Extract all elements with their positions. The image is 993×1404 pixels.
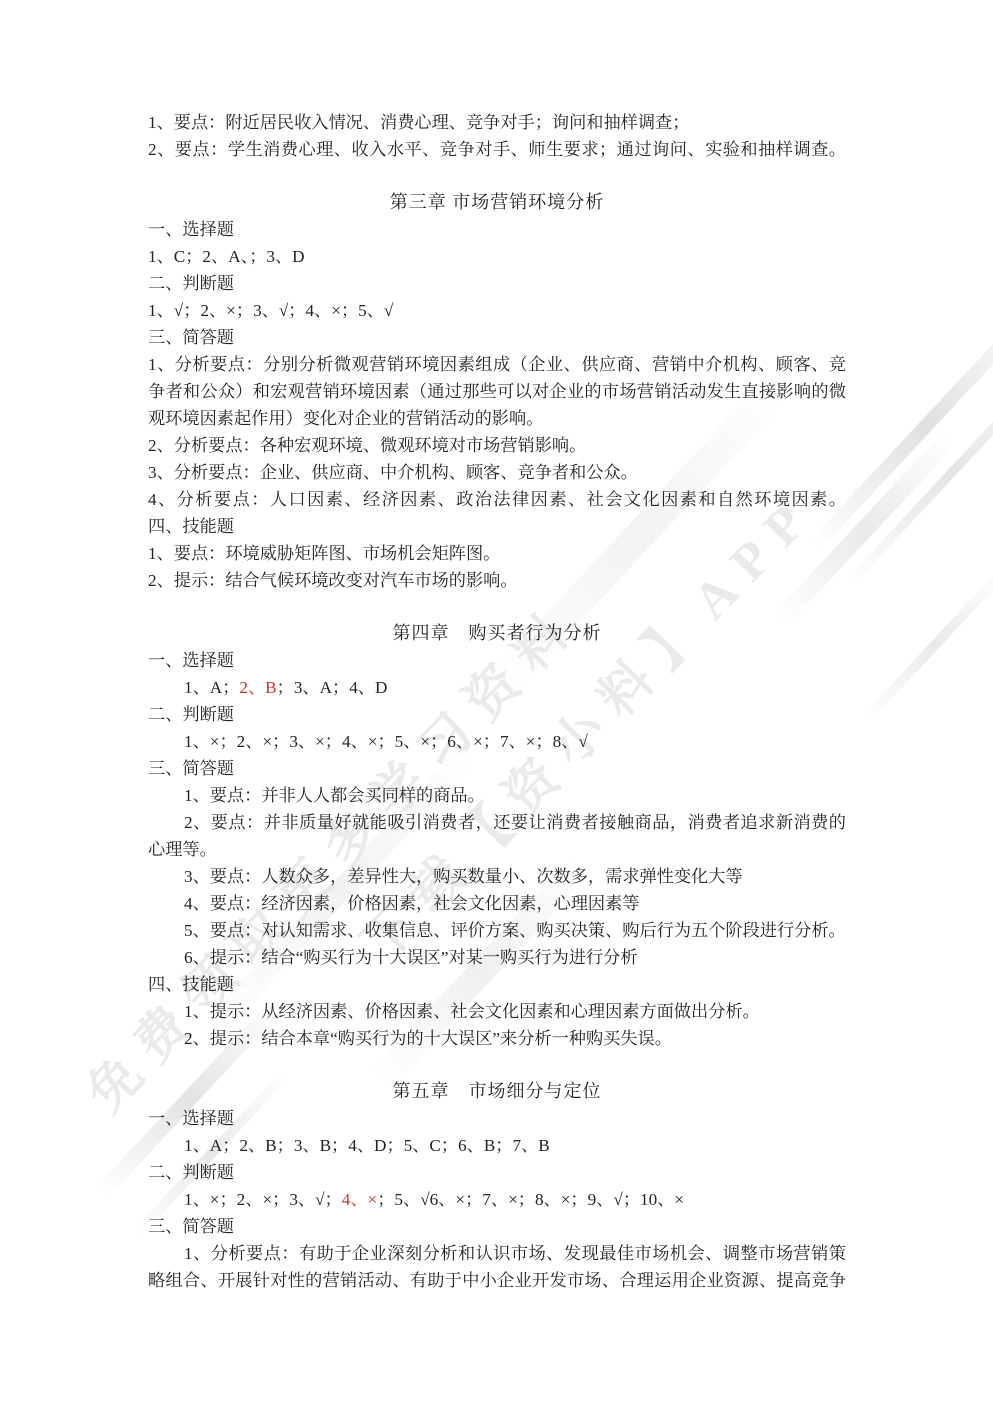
intro-answer-line-2: 2、要点：学生消费心理、收入水平、竞争对手、师生要求；通过询问、实验和抽样调查。 [148,136,846,163]
ch3-skill-answer-2: 2、提示：结合气候环境改变对汽车市场的影响。 [148,567,846,594]
ch4-skill-answer-1: 1、提示：从经济因素、价格因素、社会文化因素和心理因素方面做出分析。 [148,998,846,1025]
ch4-section-short-label: 三、简答题 [148,755,846,782]
ch4-short-answer-2: 2、要点：并非质量好就能吸引消费者，还要让消费者接触商品，消费者追求新消费的 [148,809,846,836]
ch4-skill-answer-2: 2、提示：结合本章“购买行为的十大误区”来分析一种购买失误。 [148,1025,846,1052]
brush-streak [863,568,993,721]
ch4-choice-answers: 1、A；2、B；3、A；4、D [148,674,846,701]
ch3-short-answer-1: 1、分析要点：分别分析微观营销环境因素组成（企业、供应商、营销中介机构、顾客、竞 [148,351,846,378]
ch4-short-answer-2-cont: 心理等。 [148,836,846,863]
ch3-short-answer-2: 2、分析要点：各种宏观环境、微观环境对市场营销影响。 [148,432,846,459]
chapter5-heading: 第五章 市场细分与定位 [148,1078,846,1105]
ch4-short-answer-1: 1、要点：并非人人都会买同样的商品。 [148,782,846,809]
brush-streak [844,362,993,588]
ch4-choice-red-answer: 2、B [239,678,276,697]
ch4-choice-pre: 1、A； [184,678,239,697]
ch3-section-skill-label: 四、技能题 [148,513,846,540]
ch3-choice-answers: 1、C；2、A、；3、D [148,243,846,270]
ch3-short-answer-3: 3、分析要点：企业、供应商、中介机构、顾客、竞争者和公众。 [148,459,846,486]
document-page: 免费领取更多学习资料 下载【资小料】APP 1、要点：附近居民收入情况、消费心理… [0,0,993,1404]
ch4-short-answer-4: 4、要点：经济因素，价格因素，社会文化因素，心理因素等 [148,890,846,917]
ch5-short-answer-1: 1、分析要点：有助于企业深刻分析和认识市场、发现最佳市场机会、调整市场营销策 [148,1240,846,1267]
ch3-section-judge-label: 二、判断题 [148,270,846,297]
ch5-choice-answers: 1、A；2、B；3、B；4、D；5、C；6、B；7、B [148,1132,846,1159]
ch5-judge-pre: 1、×；2、×；3、√； [184,1190,342,1209]
ch4-section-choice-label: 一、选择题 [148,647,846,674]
ch3-short-answer-1-cont: 争者和公众）和宏观营销环境因素（通过那些可以对企业的市场营销活动发生直接影响的微 [148,378,846,405]
ch4-choice-post: ；3、A；4、D [277,678,388,697]
ch4-short-answer-3: 3、要点：人数众多，差异性大，购买数量小、次数多，需求弹性变化大等 [148,863,846,890]
ch5-section-judge-label: 二、判断题 [148,1159,846,1186]
ch3-skill-answer-1: 1、要点：环境威胁矩阵图、市场机会矩阵图。 [148,540,846,567]
ch3-short-answer-4: 4、分析要点：人口因素、经济因素、政治法律因素、社会文化因素和自然环境因素。 [148,486,846,513]
ch3-section-short-label: 三、简答题 [148,324,846,351]
content-column: 1、要点：附近居民收入情况、消费心理、竞争对手；询问和抽样调查； 2、要点：学生… [148,109,846,1294]
ch4-section-skill-label: 四、技能题 [148,971,846,998]
ch5-short-answer-1-cont: 略组合、开展针对性的营销活动、有助于中小企业开发市场、合理运用企业资源、提高竞争 [148,1267,846,1294]
ch5-judge-post: ；5、√6、×；7、×；8、×；9、√；10、× [377,1190,684,1209]
ch4-section-judge-label: 二、判断题 [148,701,846,728]
ch3-judge-answers: 1、√；2、×；3、√；4、×；5、√ [148,297,846,324]
chapter3-heading: 第三章 市场营销环境分析 [148,189,846,216]
ch5-section-short-label: 三、简答题 [148,1213,846,1240]
ch4-short-answer-6: 6、提示：结合“购买行为十大误区”对某一购买行为进行分析 [148,944,846,971]
chapter4-heading: 第四章 购买者行为分析 [148,620,846,647]
ch5-judge-answers: 1、×；2、×；3、√；4、×；5、√6、×；7、×；8、×；9、√；10、× [148,1186,846,1213]
intro-answer-line-1: 1、要点：附近居民收入情况、消费心理、竞争对手；询问和抽样调查； [148,109,846,136]
ch4-judge-answers: 1、×；2、×；3、×；4、×；5、×；6、×；7、×；8、√ [148,728,846,755]
ch4-short-answer-5: 5、要点：对认知需求、收集信息、评价方案、购买决策、购后行为五个阶段进行分析。 [148,917,846,944]
ch5-judge-red-answer: 4、× [342,1190,377,1209]
ch3-section-choice-label: 一、选择题 [148,216,846,243]
ch5-section-choice-label: 一、选择题 [148,1105,846,1132]
ch3-short-answer-1-end: 观环境因素起作用）变化对企业的营销活动的影响。 [148,405,846,432]
